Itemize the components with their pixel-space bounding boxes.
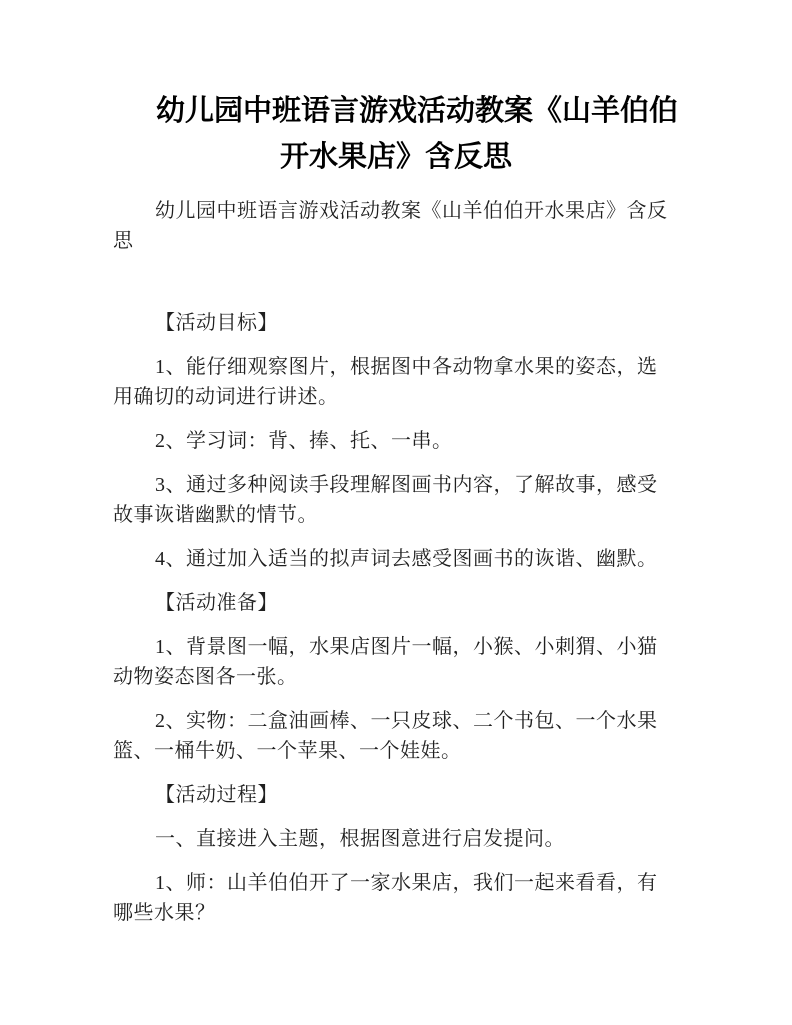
blank-line: [113, 270, 679, 308]
section-heading-activity-preparation: 【活动准备】: [113, 588, 679, 618]
process-paragraph-2: 1、师：山羊伯伯开了一家水果店，我们一起来看看，有 哪些水果？: [113, 868, 679, 928]
section-heading-activity-process: 【活动过程】: [113, 780, 679, 810]
goal-paragraph-4: 4、通过加入适当的拟声词去感受图画书的诙谐、幽默。: [113, 544, 679, 574]
process-paragraph-1: 一、直接进入主题，根据图意进行启发提问。: [113, 824, 679, 854]
intro-paragraph: 幼儿园中班语言游戏活动教案《山羊伯伯开水果店》含反 思: [113, 196, 679, 256]
preparation-paragraph-2: 2、实物：二盒油画棒、一只皮球、二个书包、一个水果 篮、一桶牛奶、一个苹果、一个…: [113, 706, 679, 766]
document-page: 幼儿园中班语言游戏活动教案《山羊伯伯 开水果店》含反思 幼儿园中班语言游戏活动教…: [0, 0, 792, 1025]
goal-paragraph-3: 3、通过多种阅读手段理解图画书内容，了解故事，感受 故事诙谐幽默的情节。: [113, 470, 679, 530]
document-title: 幼儿园中班语言游戏活动教案《山羊伯伯 开水果店》含反思: [113, 88, 679, 180]
goal-paragraph-2: 2、学习词：背、捧、托、一串。: [113, 426, 679, 456]
section-heading-activity-goals: 【活动目标】: [113, 308, 679, 338]
preparation-paragraph-1: 1、背景图一幅，水果店图片一幅，小猴、小刺猬、小猫 动物姿态图各一张。: [113, 632, 679, 692]
goal-paragraph-1: 1、能仔细观察图片，根据图中各动物拿水果的姿态，选 用确切的动词进行讲述。: [113, 352, 679, 412]
